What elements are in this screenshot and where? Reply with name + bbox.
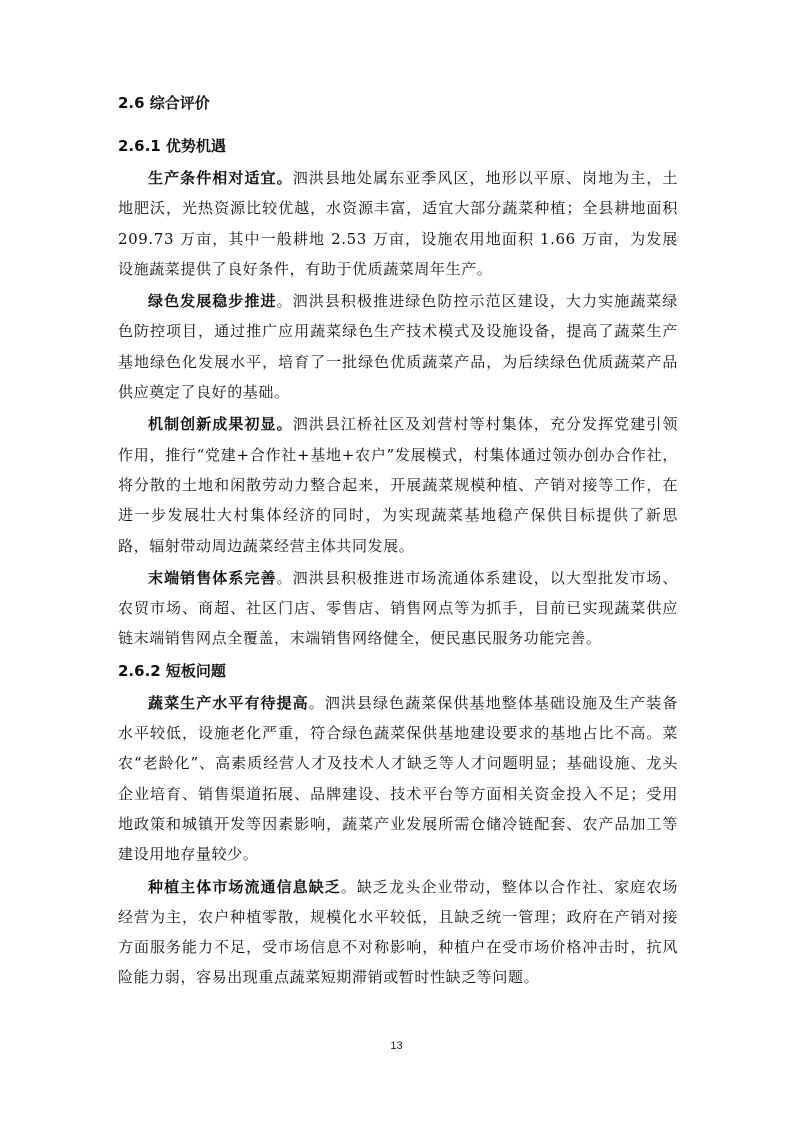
paragraph-mechanism-innovation: 机制创新成果初显。泗洪县江桥社区及刘营村等村集体，充分发挥党建引领作用，推行“党…	[118, 409, 678, 560]
paragraph-lead: 种植主体市场流通信息缺乏	[148, 878, 341, 896]
paragraph-market-information: 种植主体市场流通信息缺乏。缺乏龙头企业带动，整体以合作社、家庭农场经营为主，农户…	[118, 872, 678, 993]
page-number: 13	[0, 1040, 793, 1052]
subsection-heading-shortcomings: 2.6.2 短板问题	[118, 656, 678, 686]
document-page: 2.6 综合评价 2.6.1 优势机遇 生产条件相对适宜。泗洪县地处属东亚季风区…	[118, 88, 678, 995]
paragraph-lead: 机制创新成果初显。	[148, 415, 293, 433]
paragraph-production-conditions: 生产条件相对适宜。泗洪县地处属东亚季风区，地形以平原、岗地为主，土地肥沃，光热资…	[118, 163, 678, 284]
paragraph-lead: 绿色发展稳步推进	[148, 292, 277, 310]
paragraph-retail-system: 末端销售体系完善。泗洪县积极推进市场流通体系建设，以大型批发市场、农贸市场、商超…	[118, 563, 678, 654]
subsection-heading-advantages: 2.6.1 优势机遇	[118, 131, 678, 161]
paragraph-production-level: 蔬菜生产水平有待提高。泗洪县绿色蔬菜保供基地整体基础设施及生产装备水平较低，设施…	[118, 688, 678, 870]
paragraph-green-development: 绿色发展稳步推进。泗洪县积极推进绿色防控示范区建设，大力实施蔬菜绿色防控项目，通…	[118, 286, 678, 407]
section-heading: 2.6 综合评价	[118, 88, 678, 118]
paragraph-body: 泗洪县江桥社区及刘营村等村集体，充分发挥党建引领作用，推行“党建+合作社+基地+…	[118, 415, 678, 554]
paragraph-lead: 生产条件相对适宜。	[148, 169, 293, 187]
paragraph-lead: 蔬菜生产水平有待提高	[148, 694, 309, 712]
paragraph-lead: 末端销售体系完善	[148, 569, 277, 587]
paragraph-body: 。泗洪县绿色蔬菜保供基地整体基础设施及生产装备水平较低，设施老化严重，符合绿色蔬…	[118, 694, 678, 863]
